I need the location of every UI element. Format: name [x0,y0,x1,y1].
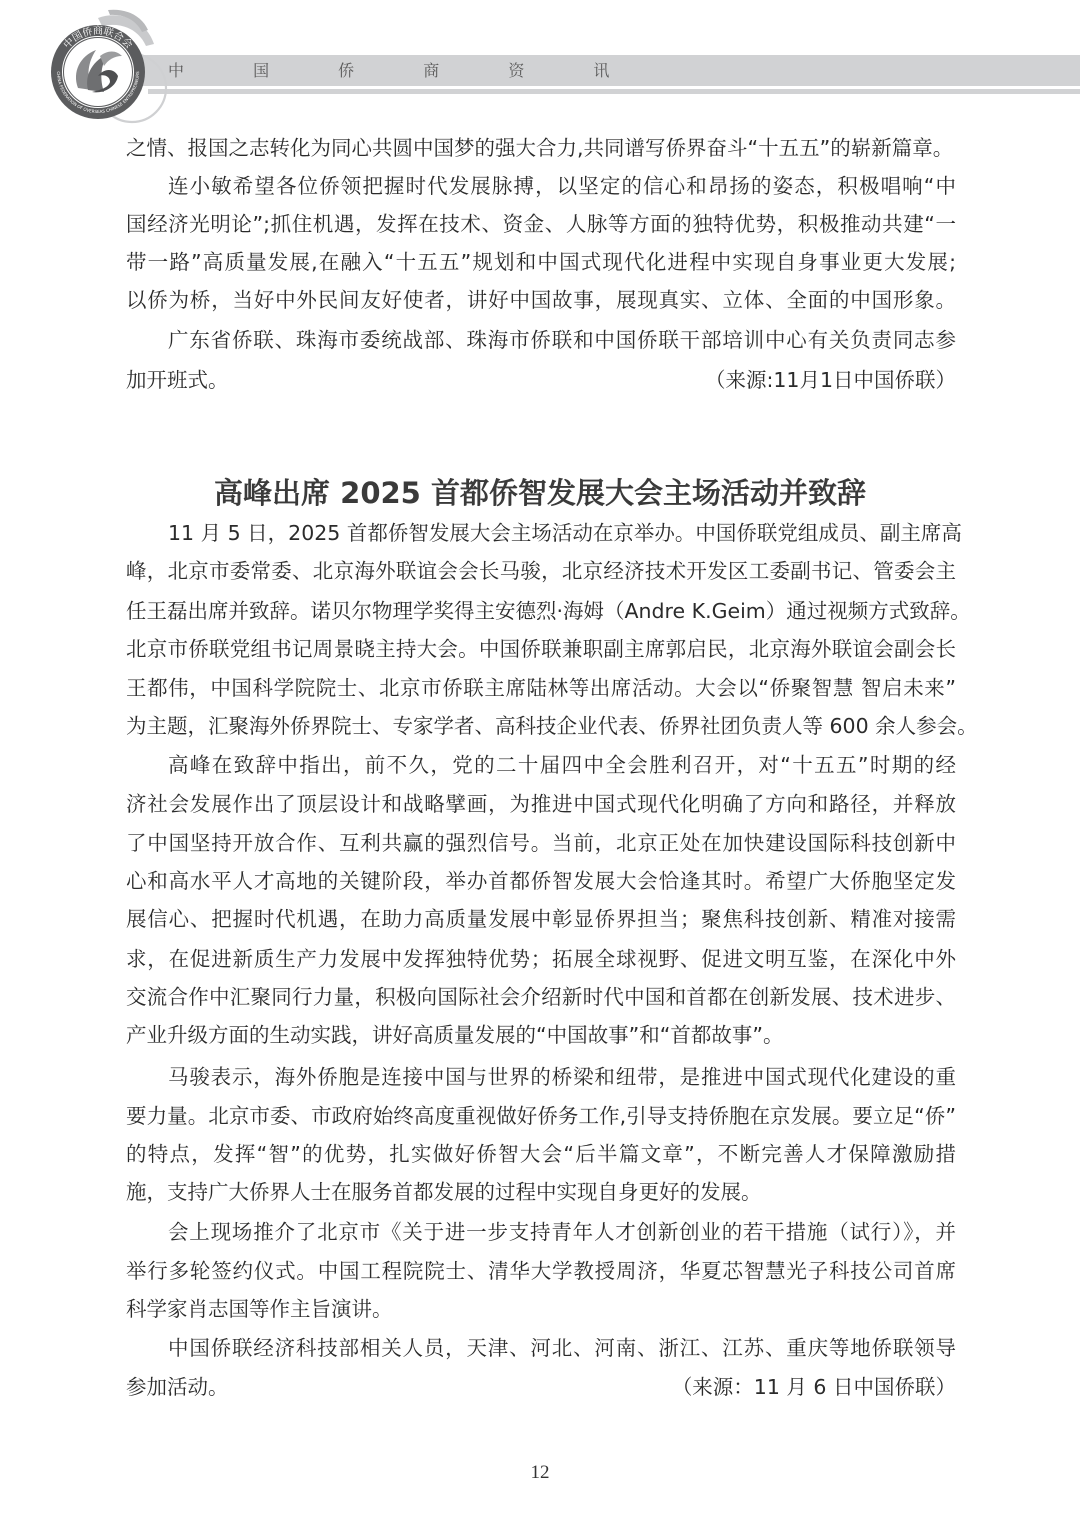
paragraph-line: 连小敏希望各位侨领把握时代发展脉搏，以坚定的信心和昂扬的姿态，积极唱响“中 [168,171,956,201]
header-rule [148,89,1080,94]
page-number: 12 [0,1462,1080,1484]
paragraph-line: 产业升级方面的生动实践，讲好高质量发展的“中国故事”和“首都故事”。 [126,1020,783,1050]
paragraph-line: 心和高水平人才高地的关键阶段，举办首都侨智发展大会恰逢其时。希望广大侨胞坚定发 [126,866,956,896]
paragraph-line: 高峰在致辞中指出，前不久，党的二十届四中全会胜利召开，对“十五五”时期的经 [168,750,956,780]
paragraph-line: 为主题，汇聚海外侨界院士、专家学者、高科技企业代表、侨界社团负责人等 600 余… [126,711,956,741]
article-title: 高峰出席 2025 首都侨智发展大会主场活动并致辞 [0,471,1080,515]
paragraph-line: 展信心、把握时代机遇，在助力高质量发展中彰显侨界担当；聚焦科技创新、精准对接需 [126,904,956,934]
paragraph-line: 的特点，发挥“智”的优势，扎实做好侨智大会“后半篇文章”，不断完善人才保障激励措 [126,1139,956,1169]
paragraph-line: 北京市侨联党组书记周景晓主持大会。中国侨联兼职副主席郭启民，北京海外联谊会副会长 [126,634,956,664]
paragraph-line: 带一路”高质量发展,在融入“十五五”规划和中国式现代化进程中实现自身事业更大发展… [126,247,956,277]
paragraph-line: 会上现场推介了北京市《关于进一步支持青年人才创新创业的若干措施（试行）》，并 [168,1217,956,1247]
paragraph-line: 广东省侨联、珠海市委统战部、珠海市侨联和中国侨联干部培训中心有关负责同志参 [168,325,956,355]
paragraph-line: 了中国坚持开放合作、互利共赢的强烈信号。当前，北京正处在加快建设国际科技创新中 [126,828,956,858]
paragraph-line: 交流合作中汇聚同行力量，积极向国际社会介绍新时代中国和首都在创新发展、技术进步、 [126,982,956,1012]
paragraph-line: 任王磊出席并致辞。诺贝尔物理学奖得主安德烈·海姆（Andre K.Geim）通过… [126,596,956,626]
paragraph-line: 峰，北京市委常委、北京海外联谊会会长马骏，北京经济技术开发区工委副书记、管委会主 [126,556,956,586]
paragraph-line: 举行多轮签约仪式。中国工程院院士、清华大学教授周济，华夏芯智慧光子科技公司首席 [126,1256,956,1286]
paragraph-line: 济社会发展作出了顶层设计和战略擘画，为推进中国式现代化明确了方向和路径，并释放 [126,789,956,819]
paragraph-line: 之情、报国之志转化为同心共圆中国梦的强大合力,共同谱写侨界奋斗“十五五”的崭新篇… [126,133,953,163]
source-citation: （来源：11 月 6 日中国侨联） [672,1372,956,1402]
paragraph-line: 参加活动。 [126,1372,229,1402]
paragraph-line: 要力量。北京市委、市政府始终高度重视做好侨务工作,引导支持侨胞在京发展。要立足“… [126,1101,956,1131]
paragraph-line: 求，在促进新质生产力发展中发挥独特优势；拓展全球视野、促进文明互鉴，在深化中外 [126,944,956,974]
org-emblem-icon: 中国侨商联合会 CHINA FEDERATION OF OVERSEAS CHI… [42,6,172,126]
paragraph-line: 以侨为桥，当好中外民间友好使者，讲好中国故事，展现真实、立体、全面的中国形象。 [126,285,956,315]
paragraph-line: 马骏表示，海外侨胞是连接中国与世界的桥梁和纽带，是推进中国式现代化建设的重 [168,1062,956,1092]
paragraph-line: 国经济光明论”;抓住机遇，发挥在技术、资金、人脉等方面的独特优势，积极推动共建“… [126,209,956,239]
paragraph-line: 科学家肖志国等作主旨演讲。 [126,1294,393,1324]
paragraph-line: 中国侨联经济科技部相关人员，天津、河北、河南、浙江、江苏、重庆等地侨联领导 [168,1333,956,1363]
paragraph-line: 加开班式。 [126,365,229,395]
paragraph-line: 施，支持广大侨界人士在服务首都发展的过程中实现自身更好的发展。 [126,1177,762,1207]
source-citation: （来源:11月1日中国侨联） [705,365,956,395]
paragraph-line: 王都伟，中国科学院院士、北京市侨联主席陆林等出席活动。大会以“侨聚智慧 智启未来… [126,673,956,703]
paragraph-line: 11 月 5 日，2025 首都侨智发展大会主场活动在京举办。中国侨联党组成员、… [168,518,956,548]
publication-title: 中 国 侨 商 资 讯 [168,57,641,85]
